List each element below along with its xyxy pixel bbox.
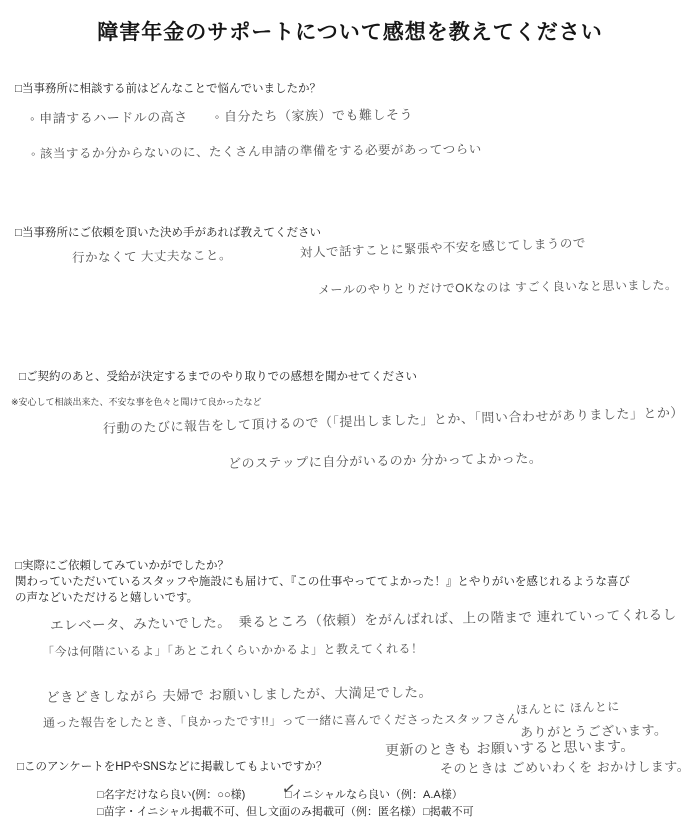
page-title: 障害年金のサポートについて感想を教えてください — [0, 16, 700, 46]
handwritten-answer-q4-line2: 「今は何階にいるよ」「あとこれくらいかかるよ」と教えてくれる！ — [42, 640, 424, 660]
handwritten-answer-q4-line5: ほんとに ほんとに — [516, 697, 620, 718]
publish-option-no-publish: □掲載不可 — [423, 803, 474, 819]
handwritten-answer-q1-line2: ◦ 該当するか分からないのに、たくさん申請の準備をする必要があってつらい — [31, 139, 482, 162]
publish-option-lastname-label: □名字だけなら良い(例：○○様) — [97, 789, 245, 801]
handwritten-answer-q4-line4: 通った報告をしたとき、「良かったです!!」って一緒に喜んでくださったスタッフさん — [43, 710, 519, 731]
publish-option-initials-label: イニシャルなら良い（例：A.A様） — [292, 789, 463, 801]
handwritten-answer-q2-line3: メールのやりとりだけでOKなのは すごく良いなと思いました。 — [318, 276, 678, 298]
question-3-label: □ご契約のあと、受給が決定するまでのやり取りでの感想を聞かせてください — [19, 368, 417, 384]
question-4-subtext-1: 関わっていただいているスタッフや施設にも届けて、『この仕事やっててよかった！』と… — [15, 573, 630, 589]
question-1-label: □当事務所に相談する前はどんなことで悩んでいましたか？ — [15, 80, 321, 96]
publish-option-no-publish-label: □掲載不可 — [423, 806, 474, 818]
publish-option-text-only-label: □苗字・イニシャル掲載不可、但し文面のみ掲載可（例：匿名様） — [97, 806, 422, 818]
question-5-label: □このアンケートをHPやSNSなどに掲載してもよいですか？ — [17, 758, 327, 774]
question-4-label: □実際にご依頼してみていかがでしたか？ — [15, 557, 229, 573]
handwritten-answer-q1-line1: ◦ 申請するハードルの高さ ◦ 自分たち（家族）でも難しそう — [30, 104, 413, 127]
handwritten-answer-q4-line1: エレベータ、みたいでした。 乗るところ（依頼）をがんばれば、上の階まで 連れてい… — [50, 603, 677, 634]
question-3-note: ※安心して相談出来た、不安な事を色々と聞けて良かったなど — [11, 395, 262, 408]
handwritten-answer-q2-line1: 行かなくて 大丈夫なこと。 — [72, 245, 232, 266]
survey-sheet: 障害年金のサポートについて感想を教えてください □当事務所に相談する前はどんなこ… — [0, 0, 700, 830]
handwritten-answer-q3-line2: どのステップに自分がいるのか 分かってよかった。 — [228, 448, 543, 472]
publish-option-initials: □イニシャルなら良い（例：A.A様） ✓ — [285, 786, 700, 802]
publish-option-text-only: □苗字・イニシャル掲載不可、但し文面のみ掲載可（例：匿名様） — [97, 803, 422, 819]
handwritten-answer-q2-line2: 対人で話すことに緊張や不安を感じてしまうので — [300, 233, 586, 261]
handwritten-answer-q4-line8: そのときは ごめいわくを おかけします。 — [440, 756, 690, 777]
question-4-subtext-2: の声などいただけると嬉しいです。 — [15, 589, 198, 605]
question-2-label: □当事務所にご依頼を頂いた決め手があれば教えてください — [15, 224, 321, 240]
handwritten-answer-q4-line3: どきどきしながら 夫婦で お願いしましたが、大満足でした。 — [46, 681, 433, 706]
publish-option-lastname: □名字だけなら良い(例：○○様) — [97, 786, 245, 802]
